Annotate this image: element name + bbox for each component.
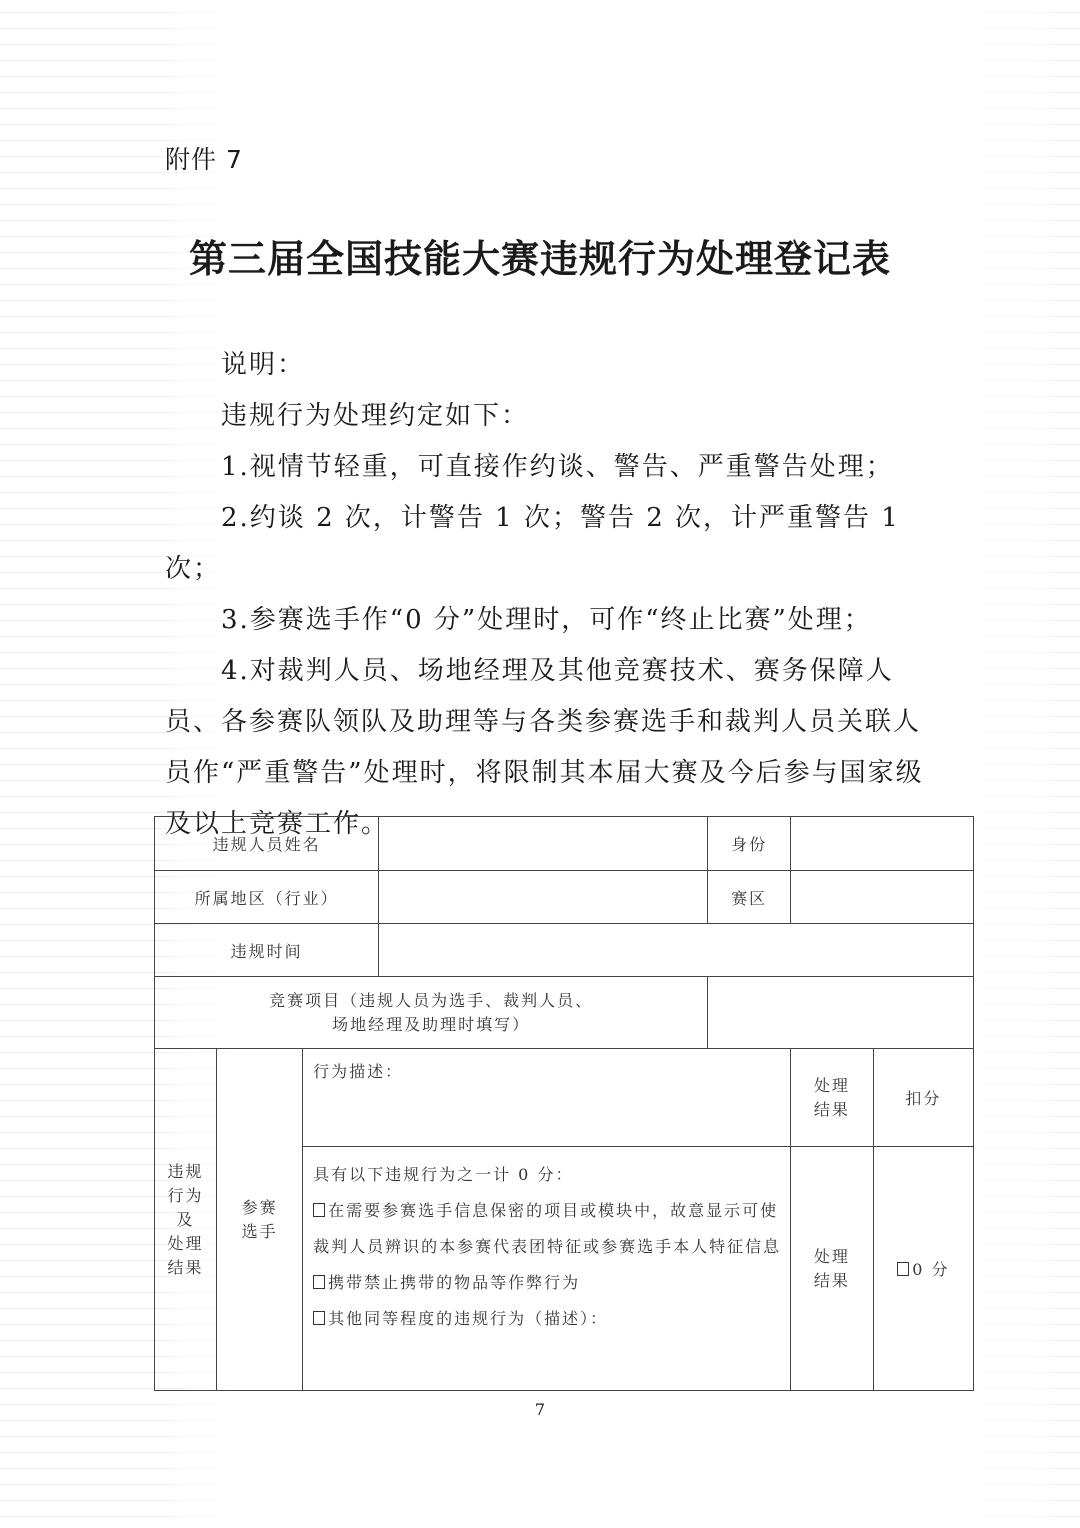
form-row-event: 竞赛项目（违规人员为选手、裁判人员、 场地经理及助理时填写） [155, 977, 974, 1049]
time-label: 违规时间 [155, 924, 379, 977]
identity-field[interactable] [791, 817, 974, 871]
form-row-behavior-description: 违规 行为 及 处理 结果 参赛 选手 行为描述： 处理 结果 扣分 [155, 1049, 974, 1147]
notes-item-3: 3.参赛选手作“0 分”处理时，可作“终止比赛”处理； [165, 595, 925, 646]
document-title: 第三届全国技能大赛违规行为处理登记表 [0, 228, 1080, 283]
behavior-description-field[interactable]: 行为描述： [303, 1049, 791, 1147]
zero-score-option-1-cont: 裁判人员辨识的本参赛代表团特征或参赛选手本人特征信息 [313, 1229, 780, 1265]
result-label-bottom: 处理 结果 [791, 1147, 874, 1391]
zero-score-option-3[interactable]: 其他同等程度的违规行为（描述）： [313, 1301, 780, 1337]
result-label-top: 处理 结果 [791, 1049, 874, 1147]
checkbox-icon[interactable] [897, 1262, 909, 1276]
zero-score-intro: 具有以下违规行为之一计 0 分： [313, 1157, 780, 1193]
contestant-label: 参赛 选手 [217, 1049, 303, 1391]
notes-item-1: 1.视情节轻重，可直接作约谈、警告、严重警告处理； [165, 442, 925, 493]
name-field[interactable] [379, 817, 708, 871]
zero-score-result[interactable]: 0 分 [873, 1147, 973, 1391]
notes-intro: 违规行为处理约定如下： [165, 391, 925, 442]
violation-registration-form: 违规人员姓名 身份 所属地区（行业） 赛区 违规时间 竞赛项目（违规人员为选手、… [154, 816, 974, 1391]
attachment-label: 附件 7 [165, 140, 243, 176]
form-row-region: 所属地区（行业） 赛区 [155, 871, 974, 924]
region-field[interactable] [379, 871, 708, 924]
checkbox-icon[interactable] [313, 1311, 325, 1325]
page-number: 7 [0, 1400, 1080, 1419]
behavior-description-label: 行为描述： [313, 1062, 403, 1081]
name-label: 违规人员姓名 [155, 817, 379, 871]
event-label: 竞赛项目（违规人员为选手、裁判人员、 场地经理及助理时填写） [155, 977, 708, 1049]
deduction-label: 扣分 [873, 1049, 973, 1147]
region-label: 所属地区（行业） [155, 871, 379, 924]
time-field[interactable] [379, 924, 974, 977]
zero-score-option-2[interactable]: 携带禁止携带的物品等作弊行为 [313, 1265, 780, 1301]
event-label-line-2: 场地经理及助理时填写） [155, 1013, 707, 1037]
zero-score-conditions: 具有以下违规行为之一计 0 分： 在需要参赛选手信息保密的项目或模块中，故意显示… [303, 1147, 791, 1391]
form-row-time: 违规时间 [155, 924, 974, 977]
division-label: 赛区 [708, 871, 791, 924]
notes-item-2: 2.约谈 2 次，计警告 1 次；警告 2 次，计严重警告 1 次； [165, 493, 925, 595]
notes-section: 说明： 违规行为处理约定如下： 1.视情节轻重，可直接作约谈、警告、严重警告处理… [165, 340, 925, 850]
form-row-name: 违规人员姓名 身份 [155, 817, 974, 871]
division-field[interactable] [791, 871, 974, 924]
event-field[interactable] [708, 977, 974, 1049]
checkbox-icon[interactable] [313, 1275, 325, 1289]
notes-heading: 说明： [165, 340, 925, 391]
section-label: 违规 行为 及 处理 结果 [155, 1049, 217, 1391]
checkbox-icon[interactable] [313, 1203, 325, 1217]
event-label-line-1: 竞赛项目（违规人员为选手、裁判人员、 [155, 989, 707, 1013]
identity-label: 身份 [708, 817, 791, 871]
zero-score-option-1[interactable]: 在需要参赛选手信息保密的项目或模块中，故意显示可使 [313, 1193, 780, 1229]
